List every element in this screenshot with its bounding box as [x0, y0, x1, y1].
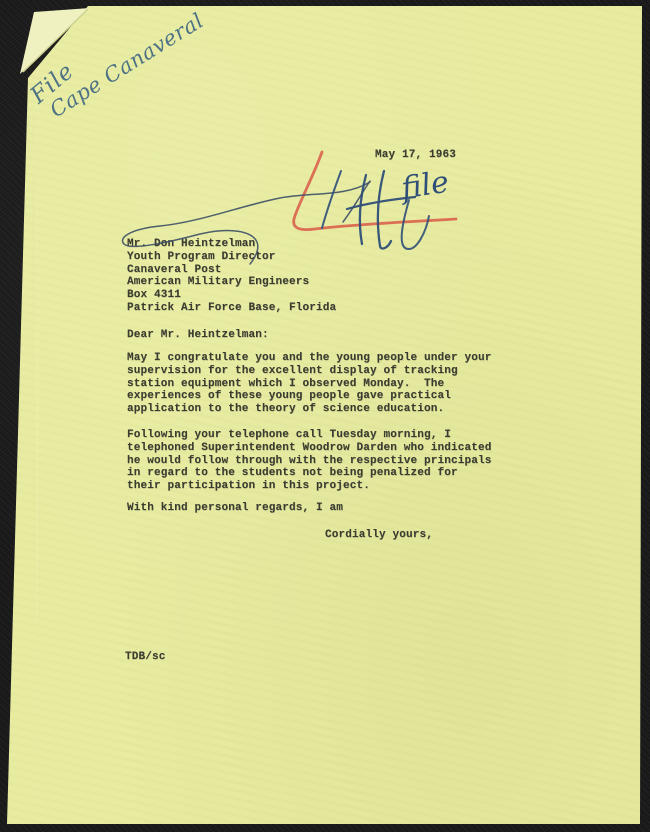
valediction: Cordially yours,	[325, 529, 433, 542]
date-line: May 17, 1963	[375, 149, 456, 162]
scan-background: File Cape Canaveral May 17, 1963 Mr. Don…	[0, 0, 650, 832]
closing-line: With kind personal regards, I am	[127, 502, 343, 515]
handwritten-file-note: file	[399, 165, 451, 207]
reference-initials: TDB/sc	[125, 651, 166, 664]
recipient-address-block: Mr. Don Heintzelman Youth Program Direct…	[127, 238, 336, 315]
body-paragraph-2: Following your telephone call Tuesday mo…	[127, 429, 502, 493]
salutation: Dear Mr. Heintzelman:	[127, 329, 269, 342]
letter-page	[0, 0, 650, 832]
body-paragraph-1: May I congratulate you and the young peo…	[127, 352, 492, 416]
